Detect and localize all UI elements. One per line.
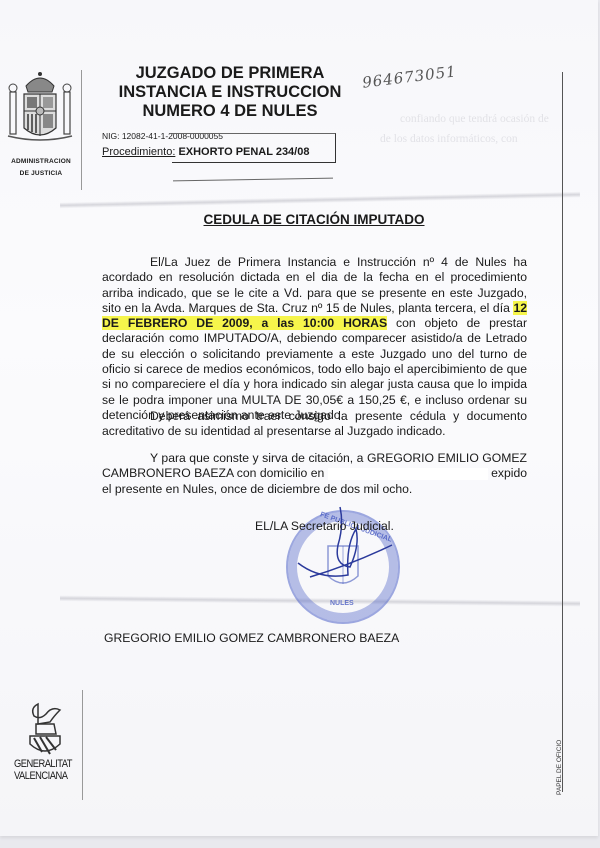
citation-text-continued: con objeto de prestar declaración como I…: [102, 316, 527, 422]
right-margin-rule: [562, 72, 563, 792]
emblem-caption-line: ADMINISTRACION: [2, 156, 80, 168]
secretary-signature-label: EL/LA Secretario Judicial.: [255, 519, 394, 533]
identity-paragraph: Deberá asimismo traer consigo la present…: [102, 409, 527, 440]
citation-paragraph: El/La Juez de Primera Instancia e Instru…: [102, 255, 527, 423]
recipient-name: GREGORIO EMILIO GOMEZ CAMBRONERO BAEZA: [104, 631, 399, 645]
stamp-bottom-text: NULES: [330, 600, 354, 607]
document-title: CEDULA DE CITACIÓN IMPUTADO: [100, 212, 528, 227]
court-title-line: JUZGADO DE PRIMERA: [100, 64, 360, 83]
court-title: JUZGADO DE PRIMERA INSTANCIA E INSTRUCCI…: [100, 64, 360, 121]
paper-fold: [60, 192, 580, 209]
logo-text-line: VALENCIANA: [14, 770, 74, 782]
procedure-label: Procedimiento:: [102, 146, 175, 158]
signature-icon: [290, 505, 400, 585]
bleed-through-text: confiando que tendrá ocasión de: [400, 113, 549, 125]
court-title-line: INSTANCIA E INSTRUCCION: [100, 83, 360, 102]
left-margin-rule-bottom: [82, 690, 83, 800]
document-page: confiando que tendrá ocasión de de los d…: [0, 0, 598, 836]
emblem-caption: ADMINISTRACION DE JUSTICIA: [2, 156, 80, 180]
citation-text: El/La Juez de Primera Instancia e Instru…: [102, 255, 527, 315]
bleed-through-text: de los datos informáticos, con: [380, 133, 518, 145]
logo-text-line: GENERALITAT: [14, 758, 74, 770]
generalitat-valenciana-text: GENERALITAT VALENCIANA: [14, 758, 74, 782]
left-margin-rule: [81, 70, 82, 190]
procedure-underline: [173, 178, 333, 182]
handwritten-phone-number: 964673051: [361, 62, 457, 91]
procedure-value: EXHORTO PENAL 234/08: [178, 146, 309, 158]
papel-de-oficio-label: PAPEL DE OFICIO: [556, 740, 563, 795]
spain-coat-of-arms-icon: [6, 70, 74, 150]
identity-text: Deberá asimismo traer consigo la present…: [102, 409, 527, 438]
procedure-line: Procedimiento: EXHORTO PENAL 234/08: [102, 146, 309, 158]
emblem-caption-line: DE JUSTICIA: [2, 168, 80, 180]
generalitat-valenciana-logo-icon: [20, 700, 70, 760]
court-title-line: NUMERO 4 DE NULES: [100, 102, 360, 121]
redacted-address: [328, 468, 488, 480]
recipient-paragraph: Y para que conste y sirva de citación, a…: [102, 451, 527, 497]
